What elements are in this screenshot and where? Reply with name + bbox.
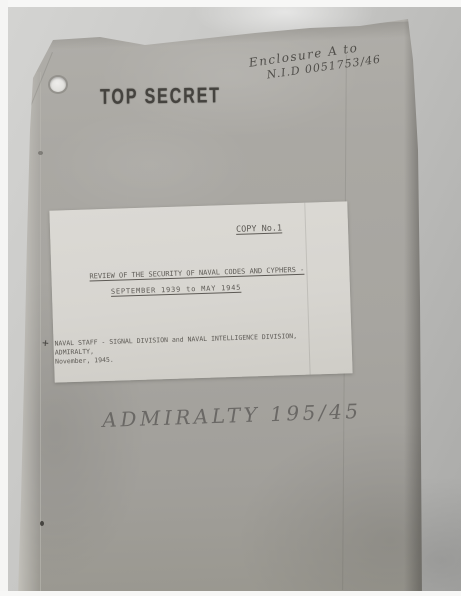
label-fold-crease xyxy=(304,203,310,375)
punch-hole xyxy=(50,77,66,92)
pasted-title-label: COPY No.1 REVIEW OF THE SECURITY OF NAVA… xyxy=(49,201,352,382)
photo-border-top xyxy=(0,0,461,7)
title-line-2: SEPTEMBER 1939 to MAY 1945 xyxy=(111,284,242,296)
photo-border-left xyxy=(0,0,8,596)
folder-cover: TOP SECRET Enclosure A to N.I.D 0051753/… xyxy=(0,0,461,596)
handwritten-tick-mark: + xyxy=(41,339,50,350)
smudge-mark xyxy=(38,151,43,155)
copy-number: COPY No.1 xyxy=(236,223,282,234)
title-line-1: REVIEW OF THE SECURITY OF NAVAL CODES AN… xyxy=(89,266,304,281)
top-secret-stamp: TOP SECRET xyxy=(100,83,221,110)
photograph-of-document-cover: TOP SECRET Enclosure A to N.I.D 0051753/… xyxy=(0,0,461,596)
photo-border-bottom xyxy=(0,591,461,596)
issuer-block: NAVAL STAFF - SIGNAL DIVISION and NAVAL … xyxy=(54,332,297,367)
ink-speck xyxy=(40,521,44,526)
